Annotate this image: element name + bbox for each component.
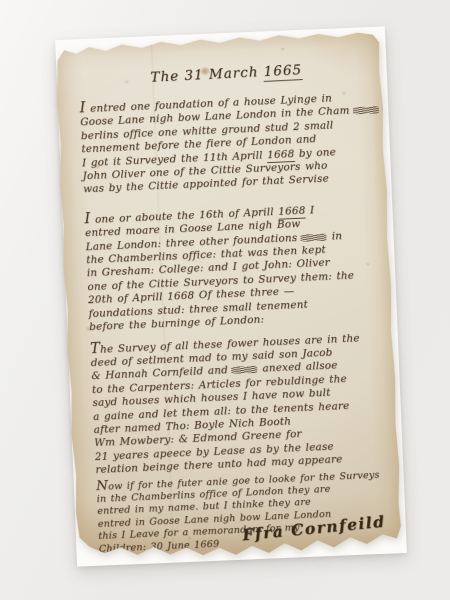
paragraph-1: I entred one foundation of a house Lying… <box>79 88 379 197</box>
heading-date-year: 1665 <box>263 62 302 82</box>
manuscript-page: The 31 March 1665 I entred one foundatio… <box>53 29 403 564</box>
heading-date-text: The 31 March <box>150 64 264 86</box>
line-text: anexed allsoe <box>258 360 338 375</box>
scribbled-out-word <box>300 233 326 241</box>
heading-date: The 31 March 1665 <box>78 58 374 89</box>
scribbled-out-word <box>231 366 257 374</box>
paragraph-2: I one or aboute the 16th of Aprill 1668 … <box>84 199 385 334</box>
line-text: by one <box>294 146 336 160</box>
paragraph-3: The Survey of all these fower houses are… <box>90 329 392 478</box>
aged-paper: The 31 March 1665 I entred one foundatio… <box>53 29 403 564</box>
scribbled-out-word <box>352 107 378 115</box>
manuscript-photo: The 31 March 1665 I entred one foundatio… <box>0 0 450 600</box>
underlined-year: 1668 <box>278 204 306 219</box>
line-text: I <box>305 204 314 216</box>
line-text: in <box>327 230 342 243</box>
